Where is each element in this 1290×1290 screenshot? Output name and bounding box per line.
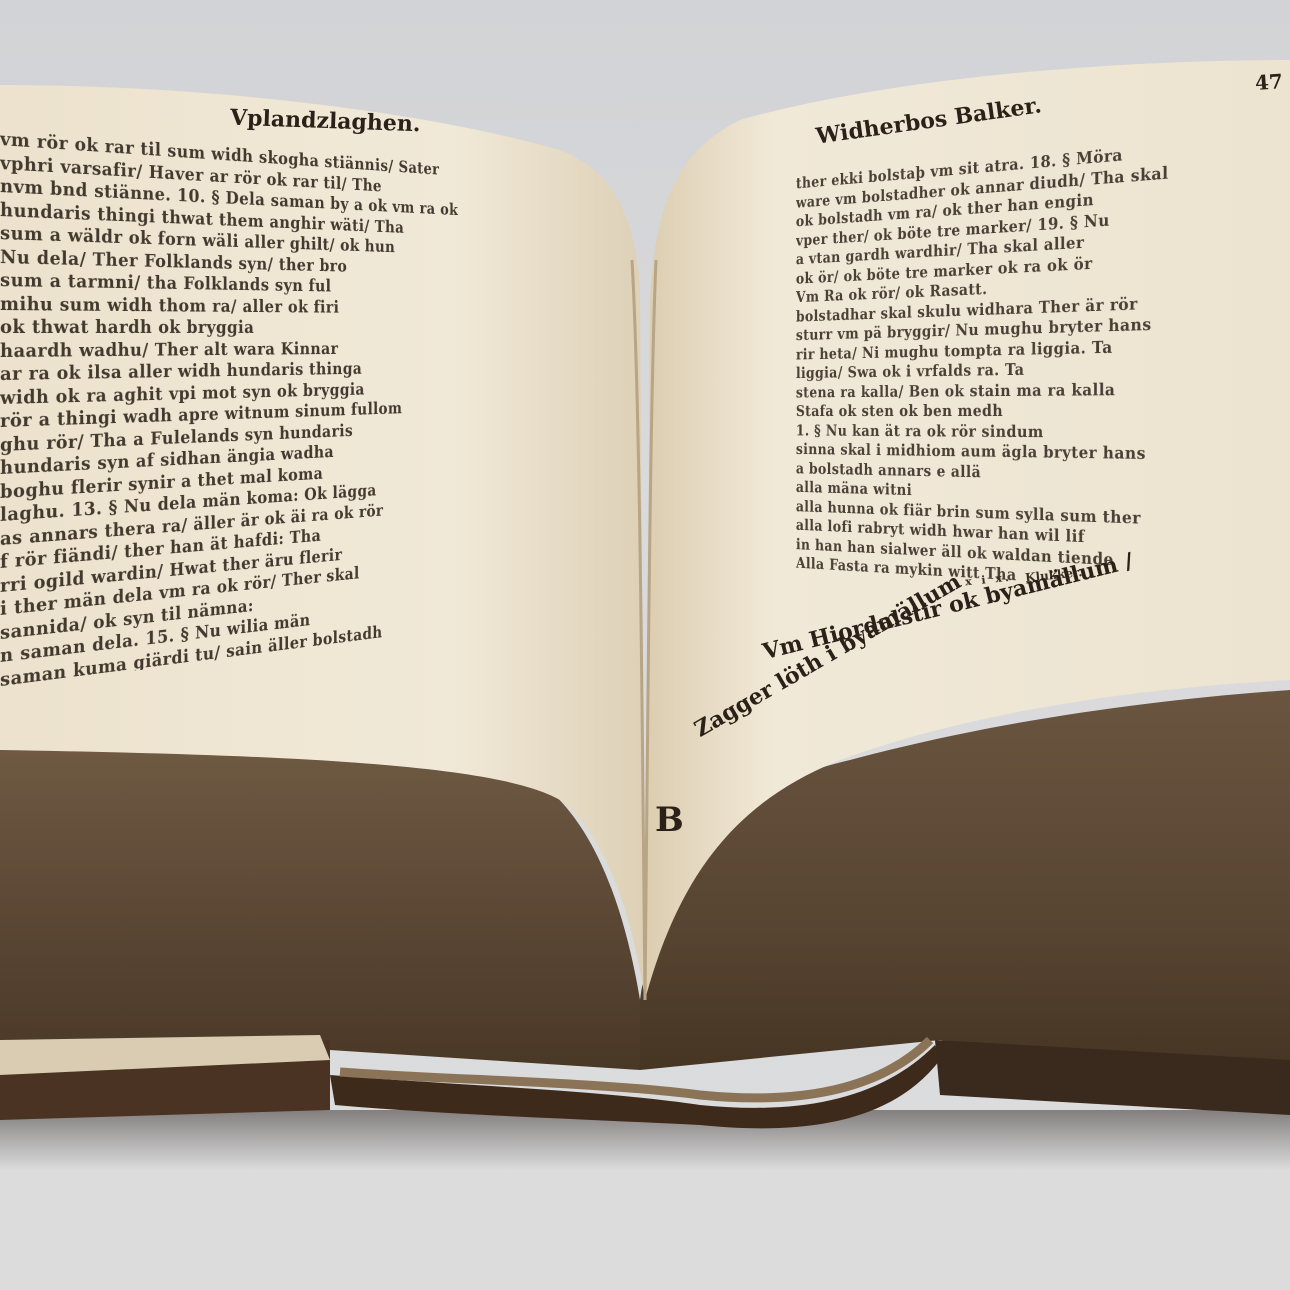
photo-scene: Vplandzlaghen. Widherbos Balker. 47 vm r… bbox=[0, 0, 1290, 1290]
left-page-text: vm rör ok rar til sum widh skogha stiänn… bbox=[0, 128, 473, 688]
decorated-initial: B bbox=[655, 800, 684, 840]
folio-number: 47 bbox=[1254, 69, 1283, 95]
text-line: Stafa ok sten ok ben medh bbox=[796, 400, 1290, 423]
text-line: ok thwat hardh ok bryggia bbox=[0, 316, 473, 340]
right-page-text: ther ekki bolstaþ vm sit atra. 18. § Mör… bbox=[796, 130, 1290, 600]
left-page-edges bbox=[0, 745, 640, 1070]
